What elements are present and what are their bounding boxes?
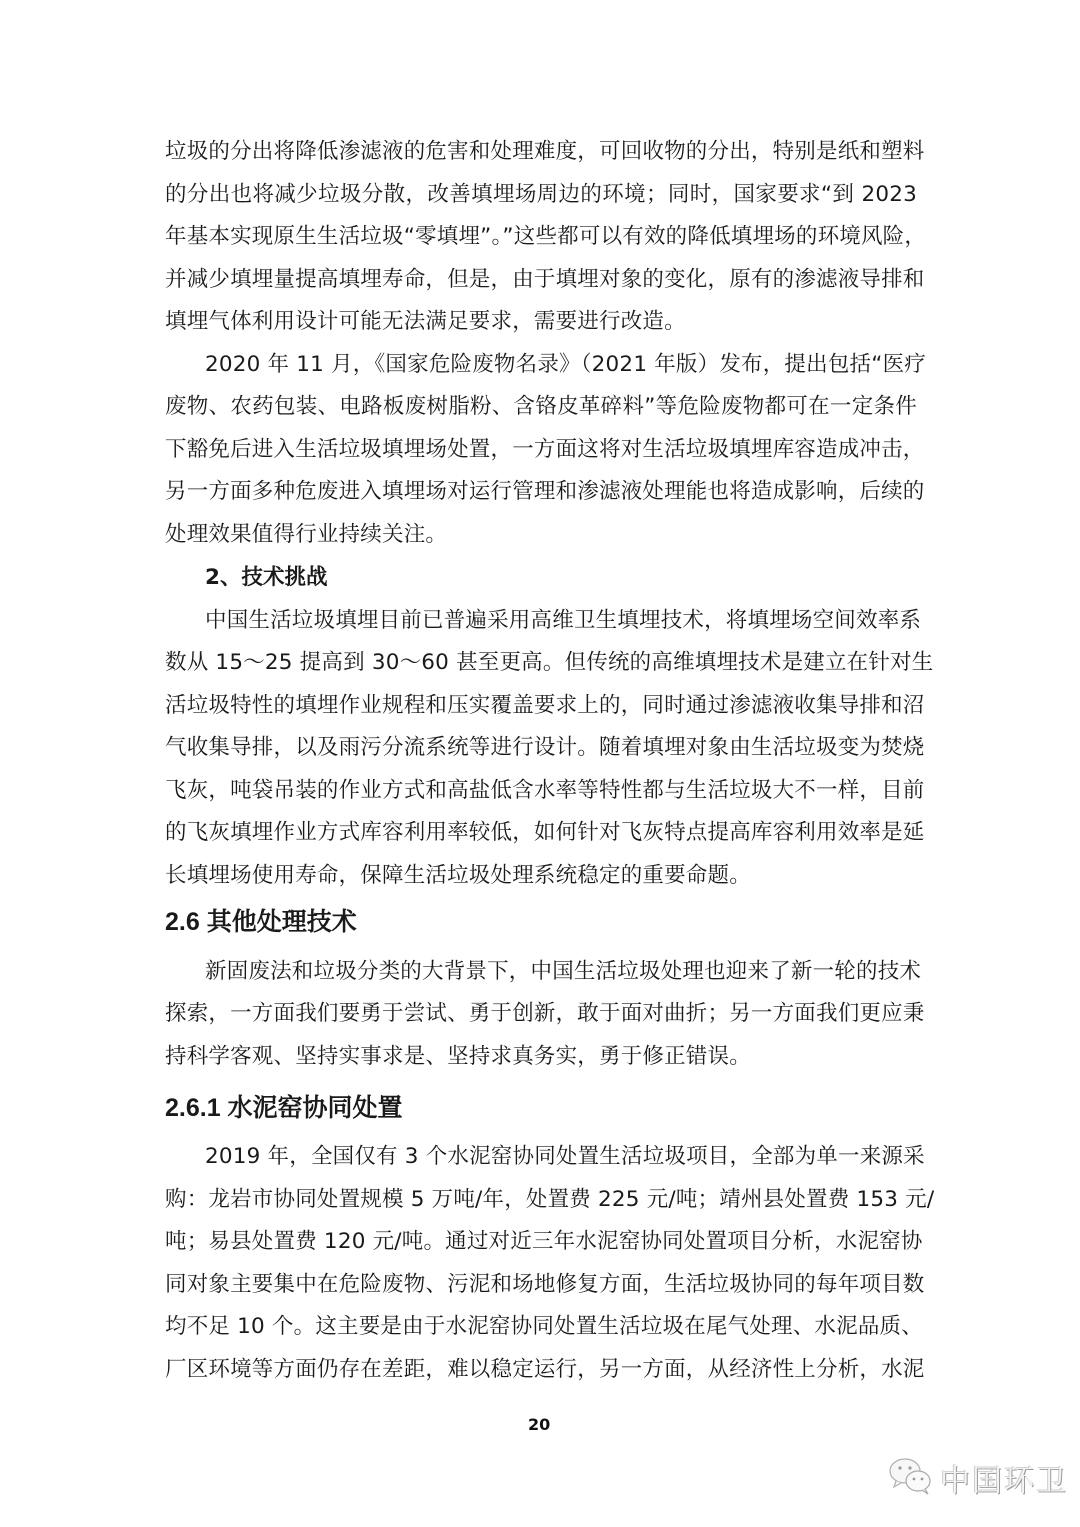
text-line: 新固废法和垃圾分类的大背景下，中国生活垃圾处理也迎来了新一轮的技术 [205, 957, 917, 987]
text-line: 2020 年 11 月，《国家危险废物名录》（2021 年版）发布，提出包括“医… [205, 350, 917, 380]
text-line: 的分出也将减少垃圾分散，改善填埋场周边的环境；同时，国家要求“到 2023 [165, 180, 917, 210]
text-line: 厂区环境等方面仍存在差距，难以稳定运行，另一方面，从经济性上分析，水泥 [165, 1355, 917, 1385]
wechat-icon [888, 1456, 934, 1500]
text-line: 另一方面多种危废进入填埋场对运行管理和渗滤液处理能也将造成影响，后续的 [165, 477, 917, 507]
subheading-tech-challenge: 2、技术挑战 [205, 563, 327, 593]
document-page: 垃圾的分出将降低渗滤液的危害和处理难度，可回收物的分出，特别是纸和塑料 的分出也… [0, 0, 1080, 1527]
text-line: 均不足 10 个。这主要是由于水泥窑协同处置生活垃圾在尾气处理、水泥品质、 [165, 1312, 917, 1342]
text-line: 填埋气体利用设计可能无法满足要求，需要进行改造。 [165, 307, 917, 337]
text-line: 飞灰，吨袋吊装的作业方式和高盐低含水率等特性都与生活垃圾大不一样，目前 [165, 776, 917, 806]
text-line: 下豁免后进入生活垃圾填埋场处置，一方面这将对生活垃圾填埋库容造成冲击， [165, 435, 917, 465]
text-line: 气收集导排，以及雨污分流系统等进行设计。随着填埋对象由生活垃圾变为焚烧 [165, 733, 917, 763]
text-line: 中国生活垃圾填埋目前已普遍采用高维卫生填埋技术，将填埋场空间效率系 [205, 606, 917, 636]
text-line: 处理效果值得行业持续关注。 [165, 520, 917, 550]
watermark: 中国环卫 [888, 1455, 1068, 1501]
text-line: 的飞灰填埋作业方式库容利用率较低，如何针对飞灰特点提高库容利用效率是延 [165, 818, 917, 848]
text-line: 废物、农药包装、电路板废树脂粉、含铬皮革碎料”等危险废物都可在一定条件 [165, 392, 917, 422]
section-heading-2-6: 2.6 其他处理技术 [165, 905, 357, 939]
text-line: 并减少填埋量提高填埋寿命，但是，由于填埋对象的变化，原有的渗滤液导排和 [165, 265, 917, 295]
text-line: 购：龙岩市协同处置规模 5 万吨/年，处置费 225 元/吨；靖州县处置费 15… [165, 1185, 917, 1215]
text-line: 数从 15～25 提高到 30～60 甚至更高。但传统的高维填埋技术是建立在针对… [165, 648, 917, 678]
text-line: 探索，一方面我们要勇于尝试、勇于创新，敢于面对曲折；另一方面我们更应秉 [165, 999, 917, 1029]
text-line: 2019 年，全国仅有 3 个水泥窑协同处置生活垃圾项目，全部为单一来源采 [205, 1142, 917, 1172]
text-line: 年基本实现原生生活垃圾“零填埋”。”这些都可以有效的降低填埋场的环境风险， [165, 222, 917, 252]
page-number: 20 [528, 1415, 550, 1434]
text-line: 持科学客观、坚持实事求是、坚持求真务实，勇于修正错误。 [165, 1042, 917, 1072]
text-line: 吨；易县处置费 120 元/吨。通过对近三年水泥窑协同处置项目分析，水泥窑协 [165, 1227, 917, 1257]
section-heading-2-6-1: 2.6.1 水泥窑协同处置 [165, 1091, 403, 1125]
text-line: 同对象主要集中在危险废物、污泥和场地修复方面，生活垃圾协同的每年项目数 [165, 1270, 917, 1300]
text-line: 垃圾的分出将降低渗滤液的危害和处理难度，可回收物的分出，特别是纸和塑料 [165, 137, 917, 167]
text-line: 活垃圾特性的填埋作业规程和压实覆盖要求上的，同时通过渗滤液收集导排和沼 [165, 691, 917, 721]
text-line: 长填埋场使用寿命，保障生活垃圾处理系统稳定的重要命题。 [165, 861, 917, 891]
watermark-text: 中国环卫 [940, 1456, 1068, 1500]
